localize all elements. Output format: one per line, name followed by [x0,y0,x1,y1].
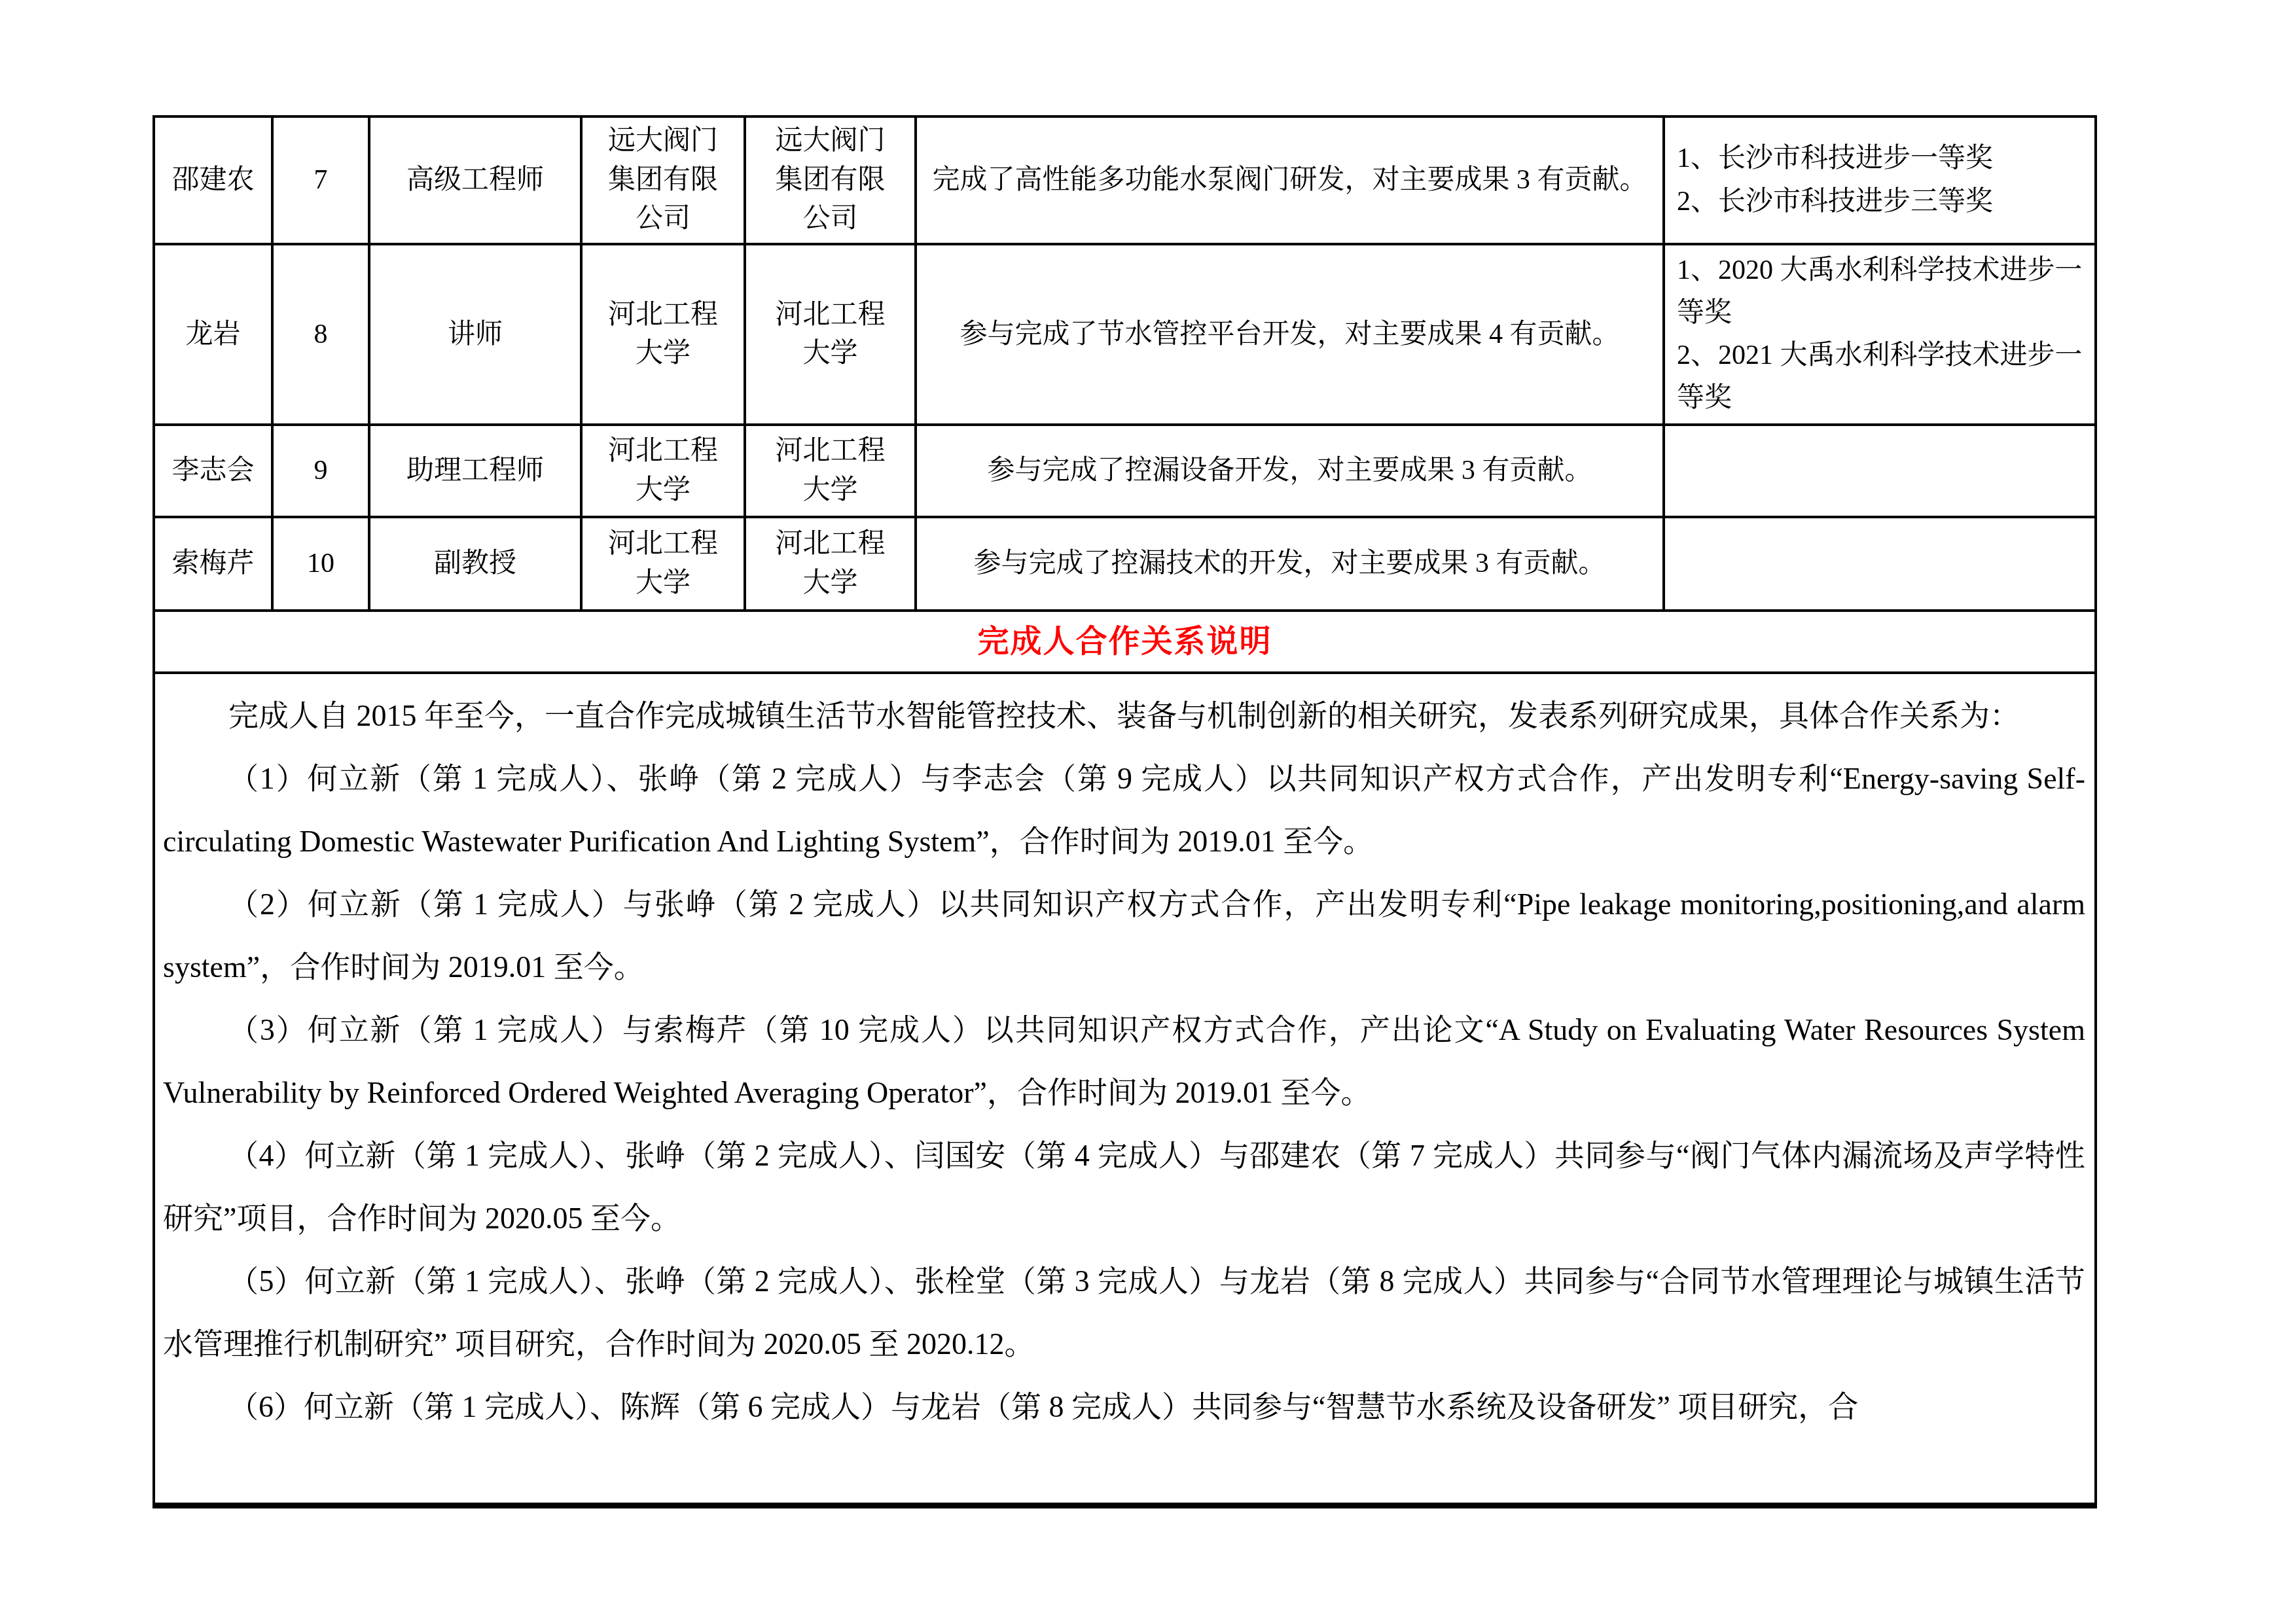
completer-order: 10 [272,517,369,611]
completer-contribution: 参与完成了控漏设备开发，对主要成果 3 有贡献。 [916,425,1664,517]
section-title: 完成人合作关系说明 [154,611,2096,673]
completer-work-unit: 河北工程 大学 [581,517,745,611]
section-title-row: 完成人合作关系说明 [154,611,2096,673]
completer-title: 高级工程师 [369,116,581,244]
table-row: 邵建农 7 高级工程师 远大阀门 集团有限 公司 远大阀门 集团有限 公司 完成… [154,116,2096,244]
completer-order: 9 [272,425,369,517]
completer-work-unit: 河北工程 大学 [581,244,745,425]
completer-awards [1664,425,2096,517]
completer-contribution: 参与完成了节水管控平台开发，对主要成果 4 有贡献。 [916,244,1664,425]
completer-order: 8 [272,244,369,425]
completer-completion-unit: 远大阀门 集团有限 公司 [745,116,916,244]
cooperation-intro: 完成人自 2015 年至今，一直合作完成城镇生活节水智能管控技术、装备与机制创新… [163,685,2085,747]
completer-order: 7 [272,116,369,244]
completers-table: 邵建农 7 高级工程师 远大阀门 集团有限 公司 远大阀门 集团有限 公司 完成… [152,115,2097,1508]
table-row: 李志会 9 助理工程师 河北工程 大学 河北工程 大学 参与完成了控漏设备开发，… [154,425,2096,517]
document-page: 邵建农 7 高级工程师 远大阀门 集团有限 公司 远大阀门 集团有限 公司 完成… [0,0,2296,1623]
completer-title: 助理工程师 [369,425,581,517]
completer-name: 邵建农 [154,116,272,244]
table-row: 索梅芹 10 副教授 河北工程 大学 河北工程 大学 参与完成了控漏技术的开发，… [154,517,2096,611]
completer-completion-unit: 河北工程 大学 [745,517,916,611]
completer-title: 讲师 [369,244,581,425]
completer-work-unit: 河北工程 大学 [581,425,745,517]
completer-completion-unit: 河北工程 大学 [745,425,916,517]
cooperation-description-row: 完成人自 2015 年至今，一直合作完成城镇生活节水智能管控技术、装备与机制创新… [154,673,2096,1505]
cooperation-item-2: （2）何立新（第 1 完成人）与张峥（第 2 完成人）以共同知识产权方式合作，产… [163,873,2085,999]
cooperation-item-3: （3）何立新（第 1 完成人）与索梅芹（第 10 完成人）以共同知识产权方式合作… [163,999,2085,1124]
completer-work-unit: 远大阀门 集团有限 公司 [581,116,745,244]
completer-awards: 1、2020 大禹水利科学技术进步一等奖 2、2021 大禹水利科学技术进步一等… [1664,244,2096,425]
completer-name: 李志会 [154,425,272,517]
cooperation-item-4: （4）何立新（第 1 完成人）、张峥（第 2 完成人）、闫国安（第 4 完成人）… [163,1124,2085,1250]
completer-name: 龙岩 [154,244,272,425]
completer-contribution: 完成了高性能多功能水泵阀门研发，对主要成果 3 有贡献。 [916,116,1664,244]
completer-completion-unit: 河北工程 大学 [745,244,916,425]
completer-awards: 1、长沙市科技进步一等奖 2、长沙市科技进步三等奖 [1664,116,2096,244]
completer-name: 索梅芹 [154,517,272,611]
table-row: 龙岩 8 讲师 河北工程 大学 河北工程 大学 参与完成了节水管控平台开发，对主… [154,244,2096,425]
completer-awards [1664,517,2096,611]
completer-title: 副教授 [369,517,581,611]
cooperation-description: 完成人自 2015 年至今，一直合作完成城镇生活节水智能管控技术、装备与机制创新… [154,673,2096,1505]
completer-contribution: 参与完成了控漏技术的开发，对主要成果 3 有贡献。 [916,517,1664,611]
cooperation-item-1: （1）何立新（第 1 完成人）、张峥（第 2 完成人）与李志会（第 9 完成人）… [163,747,2085,873]
cooperation-item-5: （5）何立新（第 1 完成人）、张峥（第 2 完成人）、张栓堂（第 3 完成人）… [163,1250,2085,1376]
cooperation-item-6: （6）何立新（第 1 完成人）、陈辉（第 6 完成人）与龙岩（第 8 完成人）共… [163,1376,2085,1438]
